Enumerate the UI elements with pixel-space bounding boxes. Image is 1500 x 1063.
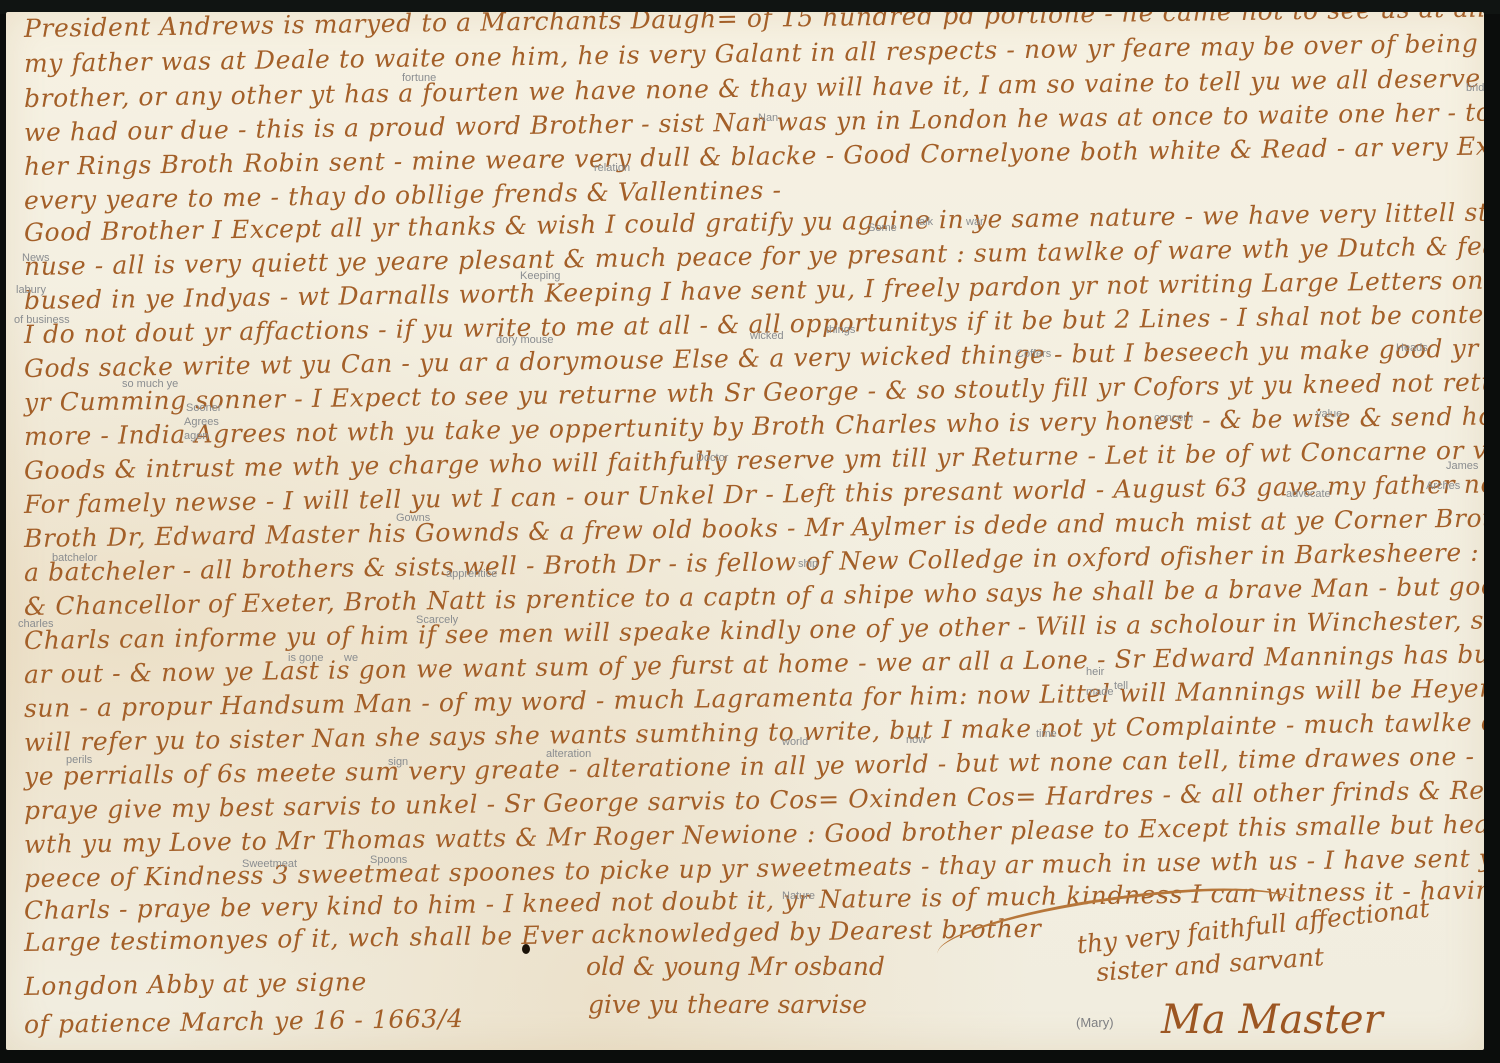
pencil-annotation: value bbox=[1316, 408, 1342, 420]
manuscript-page: President Andrews is maryed to a Marchan… bbox=[6, 12, 1484, 1050]
pencil-annotation: Nan bbox=[758, 112, 778, 124]
place-line: Longdon Abby at ye signe bbox=[24, 966, 424, 1001]
date-line: of patience March ye 16 - 1663/4 bbox=[24, 1004, 444, 1039]
pencil-annotation: Spoons bbox=[370, 854, 407, 866]
closing-left-line-2: give yu theare sarvise bbox=[588, 990, 867, 1019]
pencil-annotation: now bbox=[906, 734, 926, 746]
pencil-annotation: talk bbox=[916, 216, 933, 228]
pencil-annotation: agen bbox=[184, 430, 208, 442]
pencil-annotation: Agrees bbox=[184, 416, 219, 428]
pencil-annotation: bride bbox=[1466, 82, 1484, 94]
pencil-annotation: we bbox=[344, 652, 358, 664]
pencil-annotation: made bbox=[1086, 686, 1114, 698]
pencil-annotation: Nature bbox=[782, 890, 815, 902]
pencil-annotation: Gowns bbox=[396, 512, 430, 524]
pencil-annotation: Sooner bbox=[186, 402, 221, 414]
pencil-annotation: of business bbox=[14, 314, 70, 326]
pencil-note-mary: (Mary) bbox=[1076, 1015, 1114, 1030]
pencil-annotation: Scarcely bbox=[416, 614, 458, 626]
pencil-annotation: batchelor bbox=[52, 552, 97, 564]
pencil-annotation: sign bbox=[388, 756, 408, 768]
pencil-annotation: Some bbox=[868, 222, 897, 234]
pencil-annotation: James bbox=[1446, 460, 1478, 472]
pencil-annotation: alteration bbox=[546, 748, 591, 760]
pencil-annotation: Doctor bbox=[696, 452, 728, 464]
pencil-annotation: dory mouse bbox=[496, 334, 553, 346]
pencil-annotation: world bbox=[782, 736, 808, 748]
pencil-annotation: labury bbox=[16, 284, 46, 296]
pencil-annotation: concern bbox=[1154, 412, 1193, 424]
pencil-annotation: Arches bbox=[1426, 480, 1460, 492]
pencil-annotation: ship bbox=[798, 558, 818, 570]
pencil-annotation: Keeping bbox=[520, 270, 560, 282]
pencil-annotation: fortune bbox=[402, 72, 436, 84]
pencil-annotation: advocate bbox=[1286, 488, 1331, 500]
pencil-annotation: News bbox=[22, 252, 50, 264]
pencil-annotation: heir bbox=[1086, 666, 1104, 678]
signature: Ma Master bbox=[1161, 997, 1383, 1043]
pencil-annotation: Sweetmeat bbox=[242, 858, 297, 870]
pencil-annotation: Coffers bbox=[1016, 348, 1051, 360]
pencil-annotation: war bbox=[966, 216, 984, 228]
pencil-annotation: is gone bbox=[288, 652, 323, 664]
ink-blot bbox=[522, 944, 530, 954]
pencil-annotation: charles bbox=[18, 618, 53, 630]
pencil-annotation: Heads bbox=[1396, 342, 1428, 354]
closing-left-line-1: old & young Mr osband bbox=[586, 952, 885, 981]
pencil-annotation: things bbox=[826, 324, 855, 336]
pencil-annotation: tell bbox=[1114, 680, 1128, 692]
pencil-annotation: wicked bbox=[750, 330, 784, 342]
pencil-annotation: so much ye bbox=[122, 378, 178, 390]
pencil-annotation: time bbox=[1036, 728, 1057, 740]
pencil-annotation: apprentice bbox=[446, 568, 497, 580]
pencil-annotation: relation bbox=[594, 162, 630, 174]
pencil-annotation: perils bbox=[66, 754, 92, 766]
